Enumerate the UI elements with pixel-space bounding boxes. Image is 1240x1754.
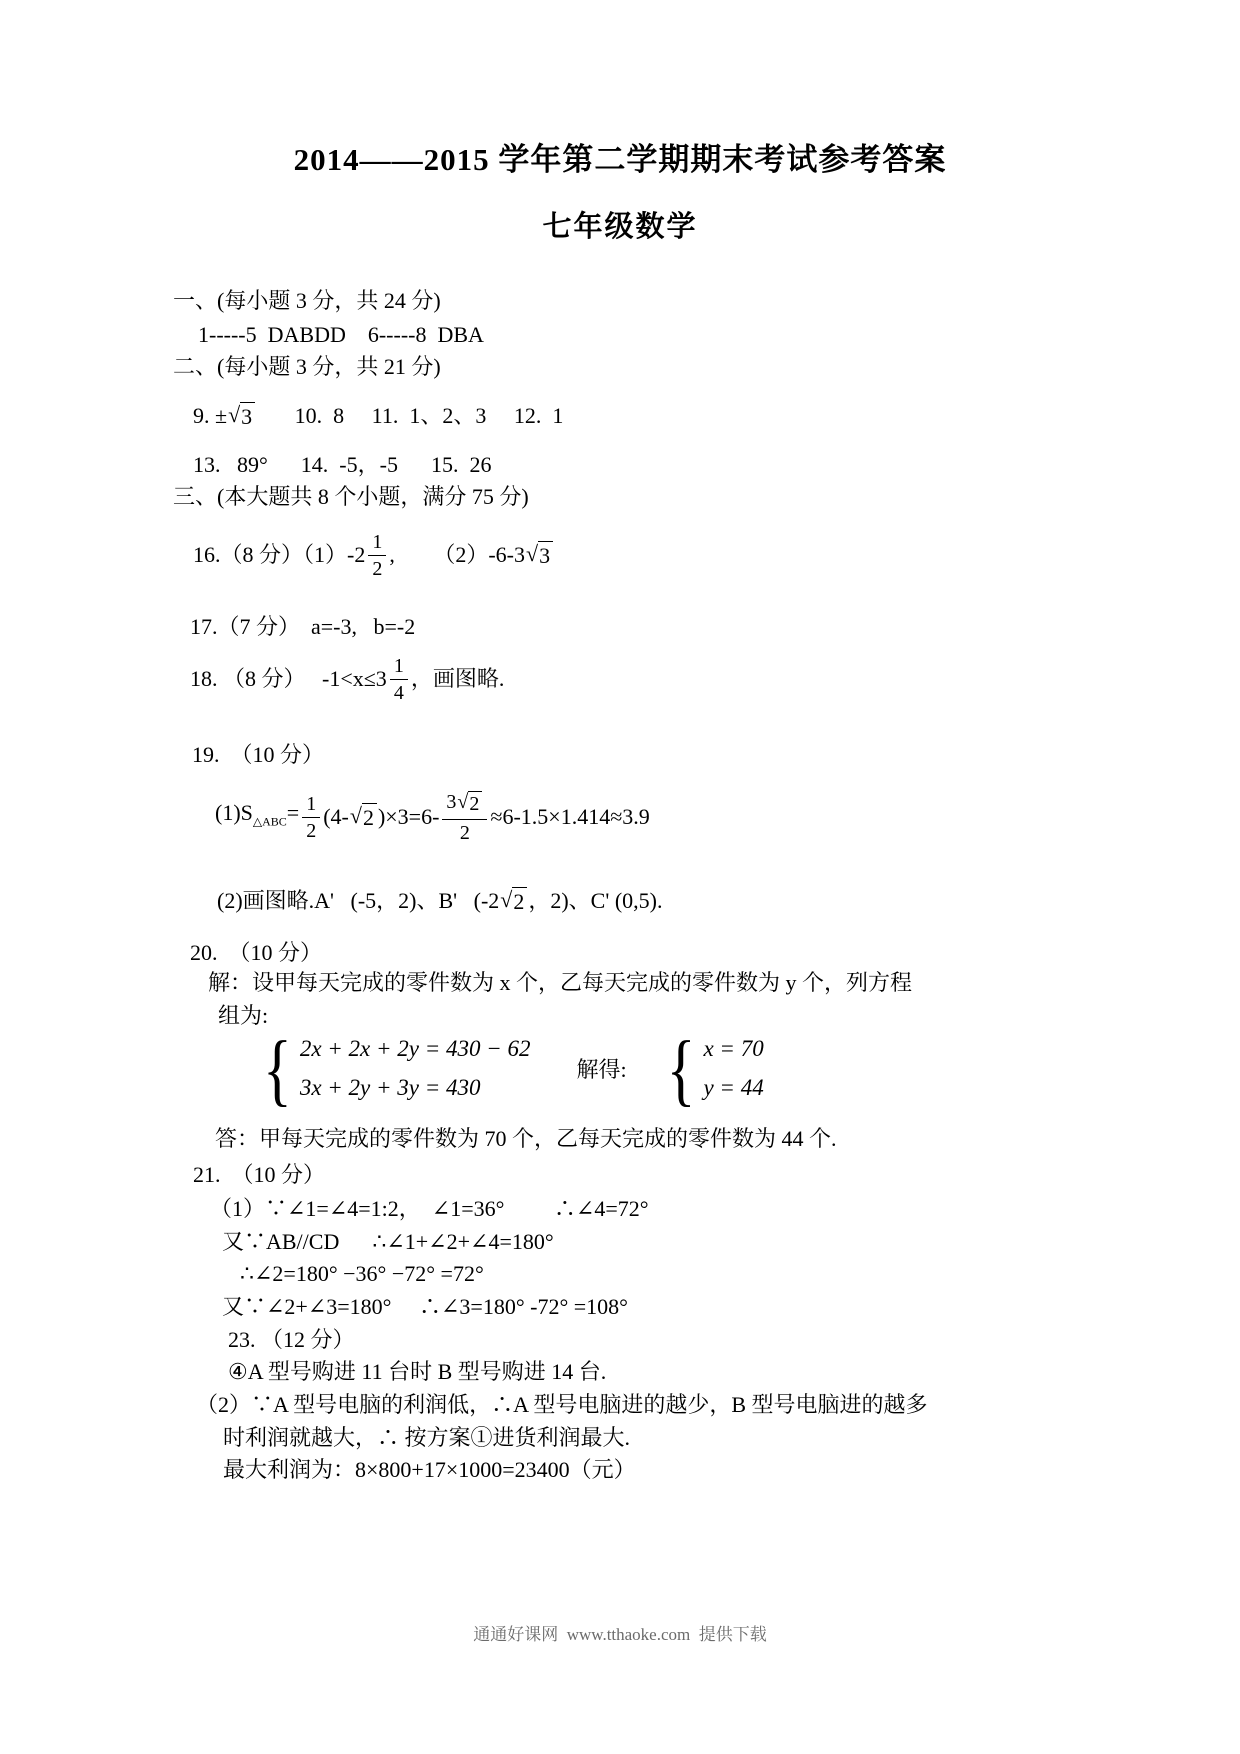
sqrt-expression: √2	[457, 791, 482, 816]
formula-start: (1)S	[215, 800, 253, 825]
q21-step2: 又∵AB//CD ∴∠1+∠2+∠4=180°	[222, 1227, 554, 1257]
area-term: (1)S△ABC=	[215, 798, 299, 836]
sqrt-expression: √3	[526, 541, 553, 568]
q19-part1-formula: (1)S△ABC= 12 (4- √2 )×3=6- 3√22 ≈6-1.5×1…	[215, 785, 650, 849]
q19-part2-end: ，2)、C' (0,5).	[528, 886, 662, 916]
radical-sign: √	[228, 402, 240, 427]
equation-system: { 2x + 2x + 2y = 430 − 62 3x + 2y + 3y =…	[263, 1036, 764, 1101]
q19-part2-line: (2)画图略.A' (-5，2)、B' (-2 √2 ，2)、C' (0,5).	[217, 880, 662, 922]
radicand: 2	[468, 791, 482, 816]
q20-solution-line1: 解：设甲每天完成的零件数为 x 个，乙每天完成的零件数为 y 个，列方程	[208, 968, 912, 998]
solution-x: x = 70	[703, 1036, 763, 1062]
solution-y: y = 44	[703, 1075, 763, 1101]
radicand: 3	[240, 402, 255, 429]
section1-heading: 一、(每小题 3 分，共 24 分)	[173, 286, 441, 316]
q20-label: 20. （10 分）	[190, 938, 322, 968]
q21-step4: 又∵∠2+∠3=180° ∴∠3=180° -72° =108°	[222, 1292, 628, 1322]
fraction-numerator: 1	[302, 794, 320, 817]
section3-heading: 三、(本大题共 8 个小题，满分 75 分)	[173, 482, 529, 512]
answers-10-12: 10. 8 11. 1、2、3 12. 1	[256, 401, 563, 431]
q21-step3: ∴∠2=180° −36° −72° =72°	[240, 1259, 484, 1289]
formula-mid1: (4-	[323, 802, 349, 832]
answers-13-15-row: 13. 89° 14. -5，-5 15. 26	[193, 450, 491, 480]
q20-answer-sentence: 答：甲每天完成的零件数为 70 个，乙每天完成的零件数为 44 个.	[215, 1124, 837, 1154]
q23-step3: 时利润就越大，∴ 按方案①进货利润最大.	[223, 1423, 630, 1453]
coefficient: 3	[446, 791, 456, 813]
equation-group-2: x = 70 y = 44	[703, 1036, 763, 1101]
q17-answer-line: 17.（7 分） a=-3, b=-2	[190, 612, 415, 642]
q18-suffix: ，画图略.	[411, 664, 505, 694]
fraction-numerator: 1	[390, 656, 408, 679]
section1-answers: 1-----5 DABDD 6-----8 DBA	[198, 320, 484, 350]
sqrt-expression: √2	[500, 887, 527, 914]
q21-label: 21. （10 分）	[193, 1160, 325, 1190]
left-brace: {	[667, 1028, 696, 1109]
q16-prefix: 16.（8 分）（1）-2	[193, 540, 365, 570]
radical-sign: √	[500, 887, 512, 912]
q23-label: 23. （12 分）	[228, 1325, 355, 1355]
triangle-subscript: △ABC	[253, 814, 287, 828]
q23-step1: ④A 型号购进 11 台时 B 型号购进 14 台.	[228, 1357, 606, 1387]
q18-answer-line: 18. （8 分） -1<x≤3 14 ，画图略.	[190, 650, 504, 708]
q20-solution-line2: 组为:	[218, 1001, 268, 1031]
site-footer: 通通好课网 www.tthaoke.com 提供下载	[0, 1620, 1240, 1645]
radicand: 3	[538, 541, 553, 568]
fraction-denominator: 2	[368, 555, 386, 579]
q21-step1: （1）∵∠1=∠4=1:2， ∠1=36° ∴∠4=72°	[210, 1194, 649, 1224]
fraction-numerator: 3√2	[442, 791, 487, 819]
q19-part2-start: (2)画图略.A' (-5，2)、B' (-2	[217, 886, 499, 916]
q23-step4: 最大利润为：8×800+17×1000=23400（元）	[223, 1455, 636, 1485]
fraction-denominator: 2	[442, 819, 487, 843]
page-subtitle: 七年级数学	[0, 204, 1240, 245]
q18-prefix: 18. （8 分） -1<x≤3	[190, 664, 387, 694]
sqrt-expression: √2	[350, 803, 377, 830]
section2-heading: 二、(每小题 3 分，共 21 分)	[173, 352, 441, 382]
sqrt-expression: √3	[228, 402, 255, 429]
solve-label: 解得:	[577, 1053, 627, 1084]
equals-sign: =	[287, 800, 299, 825]
answers-9-12-row: 9. ± √3 10. 8 11. 1、2、3 12. 1	[193, 394, 563, 438]
radical-sign: √	[526, 541, 538, 566]
q16-part2: , （2）-6-3	[389, 540, 525, 570]
fraction-numerator: 1	[368, 532, 386, 555]
radical-sign: √	[457, 791, 468, 814]
formula-mid2: )×3=6-	[378, 802, 439, 832]
fraction-1-2: 12	[302, 794, 320, 841]
q9-answer-prefix: 9. ±	[193, 401, 227, 431]
equation-1: 2x + 2x + 2y = 430 − 62	[300, 1036, 531, 1062]
radicand: 2	[362, 803, 377, 830]
fraction-3sqrt2-2: 3√22	[442, 791, 487, 843]
page-title: 2014——2015 学年第二学期期末考试参考答案	[0, 134, 1240, 179]
fraction-1-4: 14	[390, 656, 408, 703]
radical-sign: √	[350, 803, 362, 828]
q16-answer-line: 16.（8 分）（1）-2 12 , （2）-6-3 √3	[193, 526, 554, 584]
left-brace: {	[263, 1028, 292, 1109]
q23-step2: （2）∵A 型号电脑的利润低，∴A 型号电脑进的越少，B 型号电脑进的越多	[196, 1390, 928, 1420]
equation-group-1: 2x + 2x + 2y = 430 − 62 3x + 2y + 3y = 4…	[300, 1036, 531, 1101]
equation-2: 3x + 2y + 3y = 430	[300, 1075, 531, 1101]
fraction-denominator: 4	[390, 679, 408, 703]
exam-answer-document: { "sym": { "radical": "√", "brace": "{" …	[0, 0, 1240, 1754]
fraction-1-2: 12	[368, 532, 386, 579]
formula-end: ≈6-1.5×1.414≈3.9	[490, 802, 649, 832]
fraction-denominator: 2	[302, 817, 320, 841]
radicand: 2	[512, 887, 527, 914]
q19-label: 19. （10 分）	[192, 740, 324, 770]
